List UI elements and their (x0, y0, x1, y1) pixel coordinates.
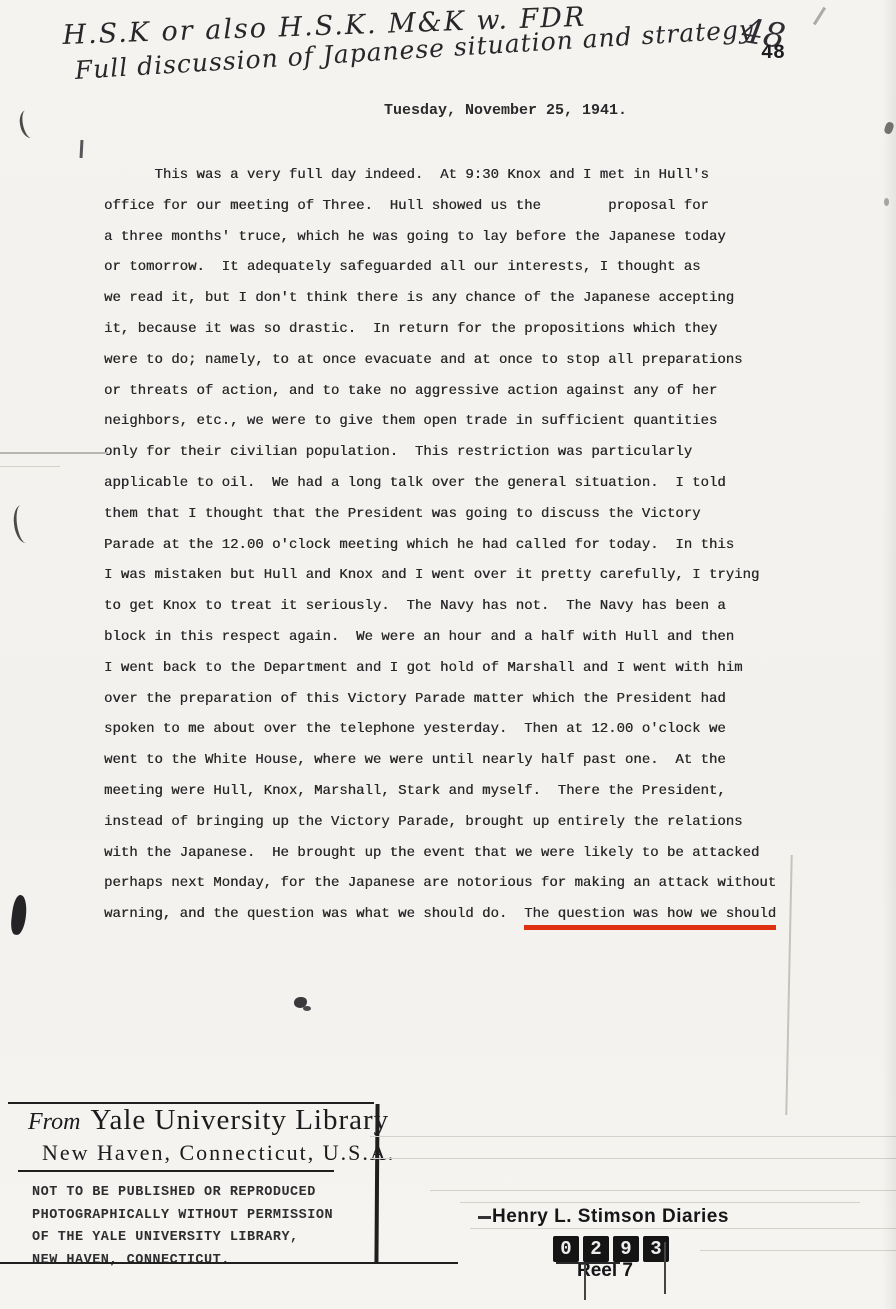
provenance-stamp-line1: FromYale University Library (28, 1104, 389, 1137)
diary-body-text: This was a very full day indeed. At 9:30… (104, 160, 816, 930)
ink-smudge (17, 109, 39, 140)
restriction-line: NOT TO BE PUBLISHED OR REPRODUCED (32, 1182, 333, 1205)
body-text-block: This was a very full day indeed. At 9:30… (104, 167, 776, 891)
dash-mark (478, 1216, 491, 1219)
counter-digit: 0 (553, 1236, 579, 1262)
restriction-line: PHOTOGRAPHICALLY WITHOUT PERMISSION (32, 1205, 333, 1228)
stamp-divider-line (18, 1170, 334, 1172)
vertical-fold-line (374, 1104, 379, 1262)
scan-line (0, 466, 60, 467)
scan-line (700, 1250, 896, 1251)
library-name: Yale University Library (90, 1104, 389, 1136)
ink-smudge (11, 504, 35, 544)
reel-underline (556, 1262, 620, 1264)
last-line-prefix: warning, and the question was what we sh… (104, 906, 524, 922)
restriction-stamp: NOT TO BE PUBLISHED OR REPRODUCED PHOTOG… (32, 1182, 333, 1272)
restriction-line: OF THE YALE UNIVERSITY LIBRARY, (32, 1227, 333, 1250)
provenance-stamp-line2: New Haven, Connecticut, U.S.A. (42, 1140, 395, 1166)
restriction-line: NEW HAVEN, CONNECTICUT. (32, 1250, 333, 1273)
scan-line (430, 1190, 896, 1191)
scan-line (0, 452, 108, 454)
red-underlined-text: The question was how we should (524, 906, 776, 930)
ink-mark (80, 140, 84, 158)
scan-line (460, 1202, 860, 1203)
from-label: From (28, 1109, 80, 1135)
ink-dot (303, 1006, 311, 1011)
counter-digit: 9 (613, 1236, 639, 1262)
scan-line (370, 1158, 896, 1159)
page-edge-shading (882, 0, 896, 1309)
corner-mark (813, 7, 826, 26)
reel-tick-right (664, 1242, 666, 1294)
microfilm-title: Henry L. Stimson Diaries (492, 1206, 729, 1228)
date-heading: Tuesday, November 25, 1941. (384, 102, 627, 119)
typed-page-number: 48 (761, 42, 785, 65)
reel-tick-left (584, 1264, 586, 1300)
scanned-diary-page: H.S.K or also H.S.K. M&K w. FDR Full dis… (0, 0, 896, 1309)
stamp-box-bottom-line (0, 1262, 458, 1264)
scan-line (370, 1136, 896, 1137)
counter-digit: 2 (583, 1236, 609, 1262)
frame-counter: 0 2 9 3 (553, 1236, 669, 1262)
scan-line (470, 1228, 896, 1229)
ink-blob (10, 894, 29, 935)
